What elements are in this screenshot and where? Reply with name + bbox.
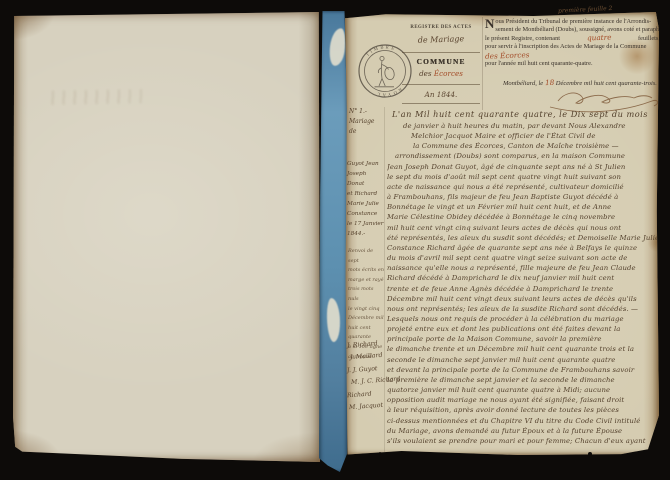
registre-des-actes-label: REGISTRE DES ACTES	[402, 25, 480, 30]
ink-showthrough-smudge	[48, 89, 143, 105]
margin-rule	[384, 107, 385, 452]
body-line: Marie Célestine Obidey décédée à Bonnéta…	[387, 212, 659, 222]
body-line: à Frambouhans, fils majeur de feu Jean B…	[387, 192, 659, 202]
act-body-text: L'an Mil huit cent quarante quatre, le D…	[387, 108, 659, 446]
body-line: Richard décédé à Damprichard le dix neuf…	[387, 273, 659, 283]
acte-head-line: N° 1.-	[349, 107, 384, 117]
body-line: Décembre mil huit cent vingt deux suivan…	[387, 294, 659, 304]
body-line: arrondissement (Doubs) sont comparus, en…	[395, 151, 659, 161]
left-blank-page	[13, 12, 320, 462]
paragraph-line: Nous Président du Tribunal de première i…	[485, 18, 660, 26]
acte-head-line: Mariage	[349, 117, 384, 127]
margin-signatures: J. RichardJ. MaillardJ. J. GuyotM. J. C.…	[347, 339, 384, 413]
body-line: mil huit cent vingt cinq suivant leurs a…	[387, 223, 659, 233]
paragraph-text: le présent Registre, contenant	[485, 35, 560, 43]
spouses-names-block: Guyot JeanJoseph Donatet RichardMarie Ju…	[347, 159, 384, 239]
body-line: le sept du mois d'août mil sept cent qua…	[387, 172, 659, 182]
body-line: ci-dessus mentionnées et du Chapitre VI …	[387, 416, 659, 426]
divider	[402, 52, 480, 53]
page-hole	[588, 452, 592, 456]
feuillets-count-handwritten: quatre	[587, 34, 612, 43]
paper-fold-crease	[482, 17, 483, 110]
margin-note-line: Décembre mil	[348, 314, 384, 324]
margin-name-line: le 17 Janvier	[347, 219, 384, 229]
body-line: principale porte de la Maison Commune, s…	[387, 334, 659, 344]
body-line: L'an Mil huit cent quarante quatre, le D…	[387, 108, 659, 121]
register-act-page: TIMBRE ROYAL REGISTRE DES ACTES de Maria…	[345, 12, 659, 455]
margin-name-line: Constance	[347, 209, 384, 219]
body-line: Lesquels nous ont requis de procéder à l…	[387, 314, 659, 324]
margin-note-line: mots écrits en	[348, 266, 384, 276]
body-line: de janvier à huit heures du matin, par d…	[403, 121, 659, 131]
page-hole	[379, 452, 381, 455]
body-line: la première le dimanche sept janvier et …	[387, 375, 659, 385]
body-line: opposition audit mariage ne nous ayant é…	[387, 395, 659, 405]
binding-spine-strip	[319, 11, 348, 472]
svg-text:ROYAL: ROYAL	[375, 87, 403, 98]
margin-name-line: Marie Julie	[347, 199, 384, 209]
scanned-register-page: TIMBRE ROYAL REGISTRE DES ACTES de Maria…	[0, 0, 670, 480]
body-line: du mois d'avril mil sept cent quatre vin…	[387, 253, 659, 263]
acte-number-block: N° 1.-Mariagede	[349, 107, 384, 137]
seal-text-bottom: ROYAL	[375, 87, 403, 98]
certification-paragraph: Nous Président du Tribunal de première i…	[485, 18, 660, 68]
commune-name: Écorces	[434, 69, 463, 78]
margin-note-line: marge et rayé	[348, 276, 384, 286]
margin-note-line: Renvoi de sept	[348, 247, 384, 266]
body-line: la Commune des Écorces, Canton de Maîche…	[413, 141, 659, 151]
body-line: le dimanche trente et un Décembre mil hu…	[387, 344, 659, 354]
acte-type-value: de Mariage	[402, 34, 480, 46]
paragraph-line: le présent Registre, contenant quatre fe…	[485, 34, 660, 43]
margin-name-line: Guyot Jean	[347, 159, 384, 169]
body-line: Jean Joseph Donat Guyot, âgé de cinquant…	[387, 162, 659, 172]
body-line: Bonnétage le vingt et un Février mil hui…	[387, 202, 659, 212]
seal-allegory-figure	[375, 56, 396, 86]
body-line: Melchior Jacquot Maire et officier de l'…	[411, 131, 659, 141]
paragraph-line: sement de Montbéliard (Doubs), soussigné…	[485, 26, 660, 34]
commune-des: des	[419, 69, 432, 78]
commune-label: COMMUNE	[402, 57, 480, 66]
body-line: nous ont représentés; les aïeux de la su…	[387, 304, 659, 314]
margin-name-line: 1844.-	[347, 229, 384, 239]
torn-paper-patch	[328, 27, 348, 67]
body-line: du Mariage, avons demandé au futur Époux…	[387, 426, 659, 436]
margin-note-line: trois mots nuls	[348, 285, 384, 304]
body-line: à leur réquisition, après avoir donné le…	[387, 405, 659, 415]
body-line: quatorze janvier mil huit cent quarante …	[387, 385, 659, 395]
paragraph-text: feuillets,	[638, 35, 660, 43]
acte-head-line: de	[349, 127, 384, 137]
torn-paper-patch	[325, 298, 341, 343]
body-line: trente et de feue Anne Agnès décédée à D…	[387, 284, 659, 294]
body-line: projeté entre eux et dont les publicatio…	[387, 324, 659, 334]
margin-signature: M. Jacquot	[347, 400, 385, 415]
body-line: acte de naissance qui nous a été représe…	[387, 182, 659, 192]
body-line: été représentés, les aïeux du susdit son…	[387, 233, 659, 243]
commune-handwritten: des Écorces	[485, 51, 530, 61]
divider	[402, 84, 480, 85]
body-line: Constance Richard âgée de quarante sept …	[387, 243, 659, 253]
margin-note-line: le vingt cinq	[348, 305, 384, 315]
paragraph-line: pour l'année mil huit cent quarante-quat…	[485, 60, 660, 68]
dateline-place: Montbéliard, le	[503, 80, 543, 87]
paragraph-line: des Écorces	[485, 52, 660, 60]
body-line: seconde le dimanche sept janvier mil hui…	[387, 355, 659, 365]
margin-name-line: et Richard	[347, 189, 384, 199]
body-line: naissance qu'elle nous a représenté, fil…	[387, 263, 659, 273]
commune-value: des Écorces	[402, 69, 480, 78]
year-value: An 1844.	[402, 90, 480, 99]
body-line: s'ils voulaient se prendre pour mari et …	[387, 436, 659, 446]
margin-name-line: Joseph Donat	[347, 169, 384, 189]
body-line: et devant la principale porte de la Comm…	[387, 365, 659, 375]
divider	[402, 103, 480, 104]
